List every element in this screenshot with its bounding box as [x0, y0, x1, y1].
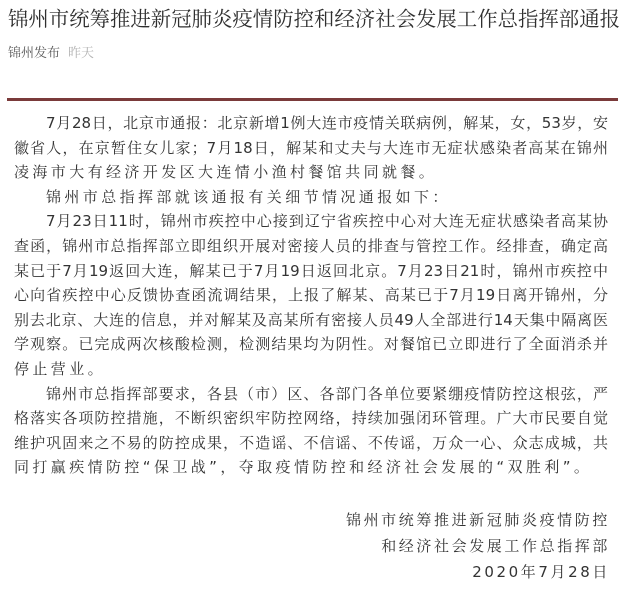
signature-line-1: 锦州市统筹推进新冠肺炎疫情防控 — [346, 507, 610, 533]
paragraph-3-line-3: 某已于7月19返回大连，解某已于7月19日返回北京。7月23日21时，锦州市疾控… — [14, 259, 608, 284]
article-body: 7月28日，北京市通报：北京新增1例大连市疫情关联病例，解某，女，53岁，安 徽… — [14, 111, 608, 480]
paragraph-1-line-3: 凌海市大有经济开发区大连情小渔村餐馆共同就餐。 — [14, 160, 608, 185]
source-account-link[interactable]: 锦州发布 — [8, 46, 60, 61]
paragraph-4-line-1: 锦州市总指挥部要求，各县（市）区、各部门各单位要紧绷疫情防控这根弦，严 — [14, 382, 608, 407]
paragraph-3-line-1: 7月23日11时，锦州市疾控中心接到辽宁省疾控中心对大连无症状感染者高某协 — [14, 209, 608, 234]
paragraph-3-line-6: 学观察。已完成两次核酸检测，检测结果均为阴性。对餐馆已立即进行了全面消杀并 — [14, 332, 608, 357]
article-meta: 锦州发布昨天 — [8, 44, 94, 64]
paragraph-1-line-1: 7月28日，北京市通报：北京新增1例大连市疫情关联病例，解某，女，53岁，安 — [14, 111, 608, 136]
signature-date: 2020年7月28日 — [346, 559, 610, 585]
paragraph-3-line-5: 别去北京、大连的信息，并对解某及高某所有密接人员49人全部进行14天集中隔离医 — [14, 308, 608, 333]
paragraph-3-line-2: 查函，锦州市总指挥部立即组织开展对密接人员的排查与管控工作。经排查，确定高 — [14, 234, 608, 259]
paragraph-3-line-4: 心向省疾控中心反馈协查函流调结果，上报了解某、高某已于7月19日离开锦州，分 — [14, 283, 608, 308]
paragraph-4-line-2: 格落实各项防控措施，不断织密织牢防控网络，持续加强闭环管理。广大市民要自觉 — [14, 406, 608, 431]
paragraph-3-line-7: 停止营业。 — [14, 357, 608, 382]
divider-line — [7, 98, 618, 101]
signature-line-2: 和经济社会发展工作总指挥部 — [346, 533, 610, 559]
publish-time: 昨天 — [68, 46, 94, 61]
paragraph-1-line-2: 徽省人，在京暂住女儿家；7月18日，解某和丈夫与大连市无症状感染者高某在锦州 — [14, 136, 608, 161]
signature-block: 锦州市统筹推进新冠肺炎疫情防控 和经济社会发展工作总指挥部 2020年7月28日 — [346, 507, 610, 585]
article-title: 锦州市统筹推进新冠肺炎疫情防控和经济社会发展工作总指挥部通报 — [8, 4, 620, 34]
paragraph-4-line-3: 维护巩固来之不易的防控成果，不造谣、不信谣、不传谣，万众一心、众志成城，共 — [14, 431, 608, 456]
paragraph-4-line-4: 同打赢疾情防控“保卫战”，夺取疫情防控和经济社会发展的“双胜利”。 — [14, 455, 608, 480]
paragraph-2-line-1: 锦州市总指挥部就该通报有关细节情况通报如下： — [14, 185, 608, 210]
